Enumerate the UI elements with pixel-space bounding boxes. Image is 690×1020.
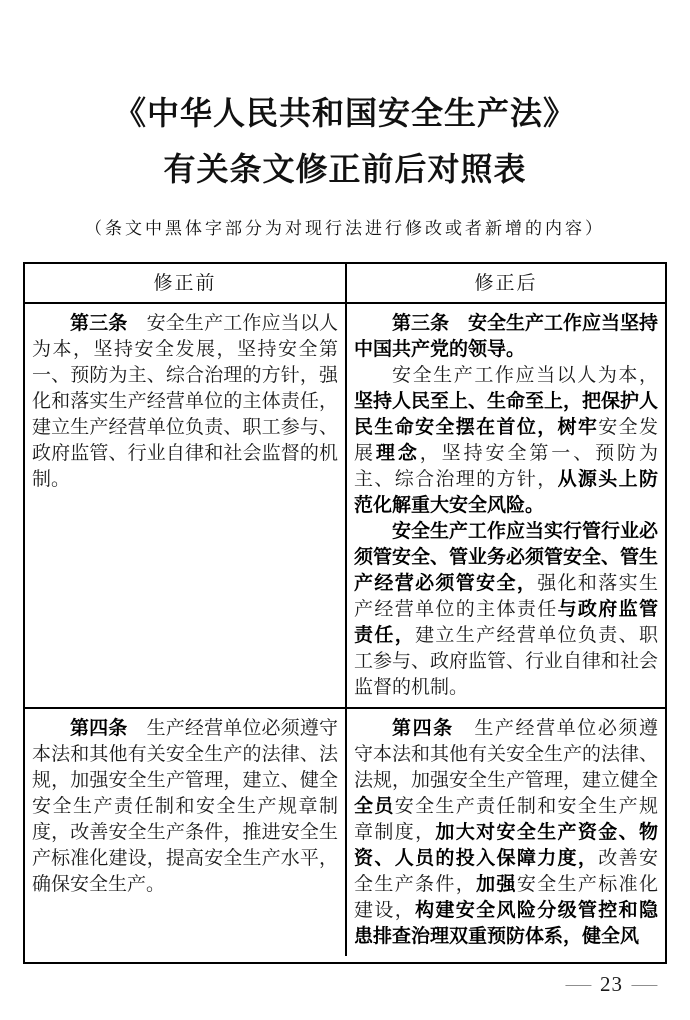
amended-text: 第四条 bbox=[70, 718, 127, 739]
table-header-row: 修正前 修正后 bbox=[25, 264, 665, 304]
document-page: 《中华人民共和国安全生产法》 有关条文修正前后对照表 （条文中黑体字部分为对现行… bbox=[0, 0, 690, 1020]
table-body: 第三条 安全生产工作应当以人为本，坚持安全发展，坚持安全第一、预防为主、综合治理… bbox=[25, 304, 665, 956]
column-header-before: 修正前 bbox=[25, 264, 345, 302]
law-paragraph: 第三条 安全生产工作应当以人为本，坚持安全发展，坚持安全第一、预防为主、综合治理… bbox=[32, 311, 338, 493]
after-cell: 第三条 安全生产工作应当坚持中国共产党的领导。安全生产工作应当以人为本，坚持人民… bbox=[345, 304, 665, 707]
amended-text: 第三条 安全生产工作应当坚持中国共产党的领导。 bbox=[354, 313, 658, 360]
amended-text: 全员 bbox=[354, 796, 395, 817]
footer-right-dash: — bbox=[632, 974, 658, 996]
after-cell: 第四条 生产经营单位必须遵守本法和其他有关安全生产的法律、法规，加强安全生产管理… bbox=[345, 709, 665, 956]
law-paragraph: 安全生产工作应当以人为本，坚持人民至上、生命至上，把保护人民生命安全摆在首位，树… bbox=[354, 363, 658, 519]
document-note: （条文中黑体字部分为对现行法进行修改或者新增的内容） bbox=[0, 214, 690, 239]
law-paragraph: 第三条 安全生产工作应当坚持中国共产党的领导。 bbox=[354, 311, 658, 363]
amended-text: 理念 bbox=[376, 443, 420, 464]
amended-text: 第三条 bbox=[70, 313, 127, 334]
comparison-table: 修正前 修正后 第三条 安全生产工作应当以人为本，坚持安全发展，坚持安全第一、预… bbox=[23, 262, 667, 964]
law-paragraph: 安全生产工作应当实行管行业必须管安全、管业务必须管安全、管生产经营必须管安全，强… bbox=[354, 519, 658, 701]
page-footer: — 23 — bbox=[569, 972, 654, 997]
original-text: 安全生产工作应当以人为本， bbox=[392, 365, 658, 386]
law-paragraph: 第四条 生产经营单位必须遵守本法和其他有关安全生产的法律、法规，加强安全生产管理… bbox=[354, 716, 658, 950]
before-cell: 第四条 生产经营单位必须遵守本法和其他有关安全生产的法律、法规，加强安全生产管理… bbox=[25, 709, 345, 956]
column-header-after: 修正后 bbox=[345, 264, 665, 302]
amended-text: 加强 bbox=[476, 874, 517, 895]
before-cell: 第三条 安全生产工作应当以人为本，坚持安全发展，坚持安全第一、预防为主、综合治理… bbox=[25, 304, 345, 707]
document-title-line1: 《中华人民共和国安全生产法》 bbox=[0, 0, 690, 132]
document-title-line2: 有关条文修正前后对照表 bbox=[0, 150, 690, 188]
amended-text: 第四条 bbox=[392, 718, 454, 739]
table-row: 第四条 生产经营单位必须遵守本法和其他有关安全生产的法律、法规，加强安全生产管理… bbox=[25, 707, 665, 956]
law-paragraph: 第四条 生产经营单位必须遵守本法和其他有关安全生产的法律、法规，加强安全生产管理… bbox=[32, 716, 338, 898]
original-text: 安全生产工作应当以人为本，坚持安全发展，坚持安全第一、预防为主、综合治理的方针，… bbox=[32, 313, 338, 490]
table-row: 第三条 安全生产工作应当以人为本，坚持安全发展，坚持安全第一、预防为主、综合治理… bbox=[25, 304, 665, 707]
page-number: 23 bbox=[600, 972, 623, 997]
original-text: 生产经营单位必须遵守本法和其他有关安全生产的法律、法规，加强安全生产管理，建立、… bbox=[32, 718, 338, 895]
footer-left-dash: — bbox=[566, 974, 592, 996]
